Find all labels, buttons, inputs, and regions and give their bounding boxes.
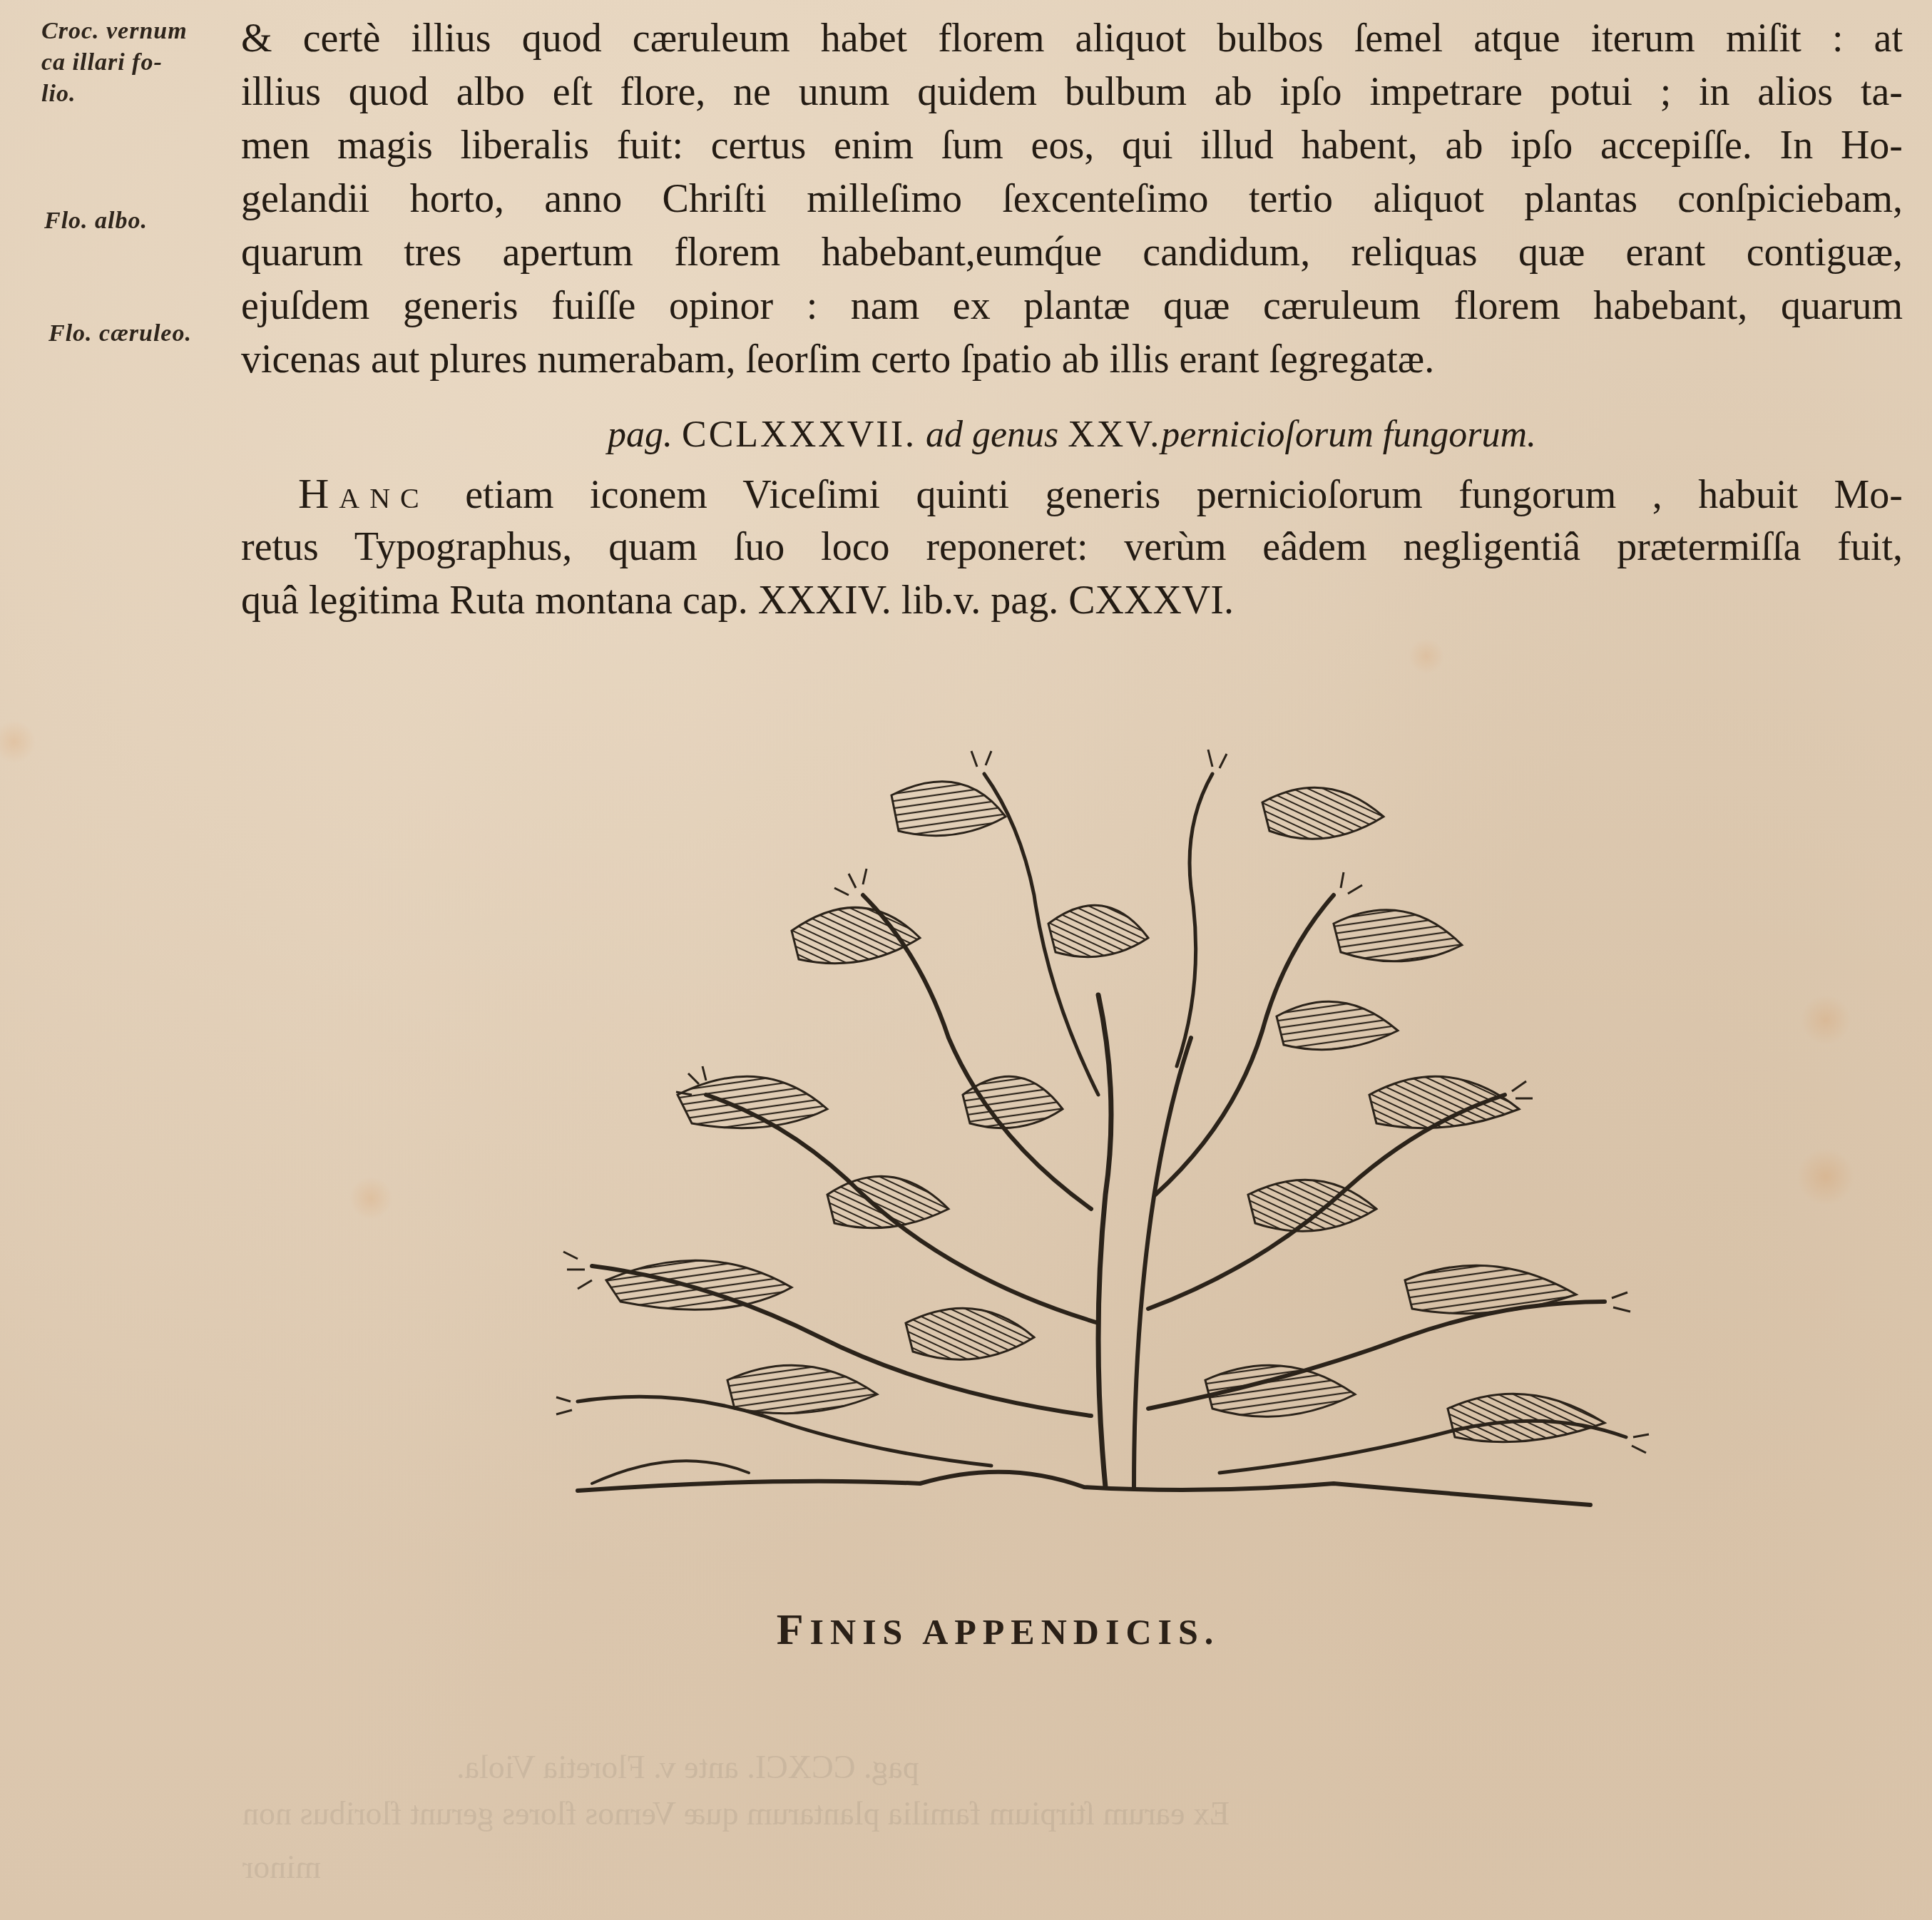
section-heading: pag. CCLXXXVII. ad genus XXV.pernicioſor… (241, 408, 1903, 461)
opening-word: HANC (298, 473, 429, 517)
closing-finis-appendicis: FINIS APPENDICIS. (0, 1605, 1932, 1655)
heading-ad-genus: ad genus (926, 414, 1058, 455)
margin-note-line: Flo. albo. (44, 205, 223, 237)
text-line: men magis liberalis fuit: certus enim ſu… (241, 119, 1903, 173)
text-line: vicenas aut plures numerabam, ſeorſim ce… (241, 333, 1903, 387)
text-line: & certè illius quod cæruleum habet flore… (241, 12, 1903, 66)
text-line: illius quod albo eſt flore, ne unum quid… (241, 66, 1903, 119)
heading-pag-label: pag. (608, 414, 673, 455)
margin-note-line: Croc. vernum (41, 16, 220, 47)
text-line: ejuſdem generis fuiſſe opinor : nam ex p… (241, 280, 1903, 333)
text-line: gelandii horto, anno Chriſti milleſimo ſ… (241, 173, 1903, 226)
heading-subject: pernicioſorum fungorum. (1161, 414, 1536, 455)
closing-rest: INIS APPENDICIS. (810, 1612, 1220, 1652)
margin-note-croc-vernum: Croc. vernum ca illari fo- lio. (41, 16, 220, 110)
paragraph-hanc-iconem: HANC etiam iconem Viceſimi quinti generi… (241, 467, 1903, 628)
heading-page-numeral: CCLXXXVII. (682, 414, 916, 455)
closing-first-letter: F (777, 1605, 810, 1654)
show-through-line: Ex earum ſtirpium familia plantarum quæ … (242, 1787, 1230, 1840)
margin-note-flo-albo: Flo. albo. (44, 205, 223, 237)
dropcap-letter: H (298, 470, 339, 517)
show-through-text: minor (242, 1840, 321, 1894)
text-line: quâ legitima Ruta montana cap. XXXIV. li… (241, 574, 1903, 628)
heading-genus-numeral: XXV. (1068, 414, 1161, 455)
text-line-rest: etiam iconem Viceſimi quinti generis per… (429, 473, 1903, 517)
show-through-text: pag. CCXCI. ante v. Floretia Viola. (456, 1740, 919, 1794)
show-through-line: minor (242, 1840, 321, 1894)
margin-note-line: lio. (41, 78, 220, 110)
paragraph-crocus: & certè illius quod cæruleum habet flore… (241, 12, 1903, 387)
margin-note-flo-caeruleo: Flo. cæruleo. (48, 318, 227, 349)
margin-note-line: ca illari fo- (41, 47, 220, 78)
margin-note-line: Flo. cæruleo. (48, 318, 227, 349)
small-caps-letters: ANC (339, 482, 429, 514)
text-line: HANC etiam iconem Viceſimi quinti generi… (241, 467, 1903, 521)
show-through-text: Ex earum ſtirpium familia plantarum quæ … (242, 1787, 1230, 1840)
text-line: quarum tres apertum florem habebant,eumq… (241, 226, 1903, 280)
fungus-woodcut-illustration (492, 695, 1726, 1537)
text-line: retus Typographus, quam ſuo loco reponer… (241, 521, 1903, 574)
show-through-line: pag. CCXCI. ante v. Floretia Viola. (456, 1740, 919, 1794)
